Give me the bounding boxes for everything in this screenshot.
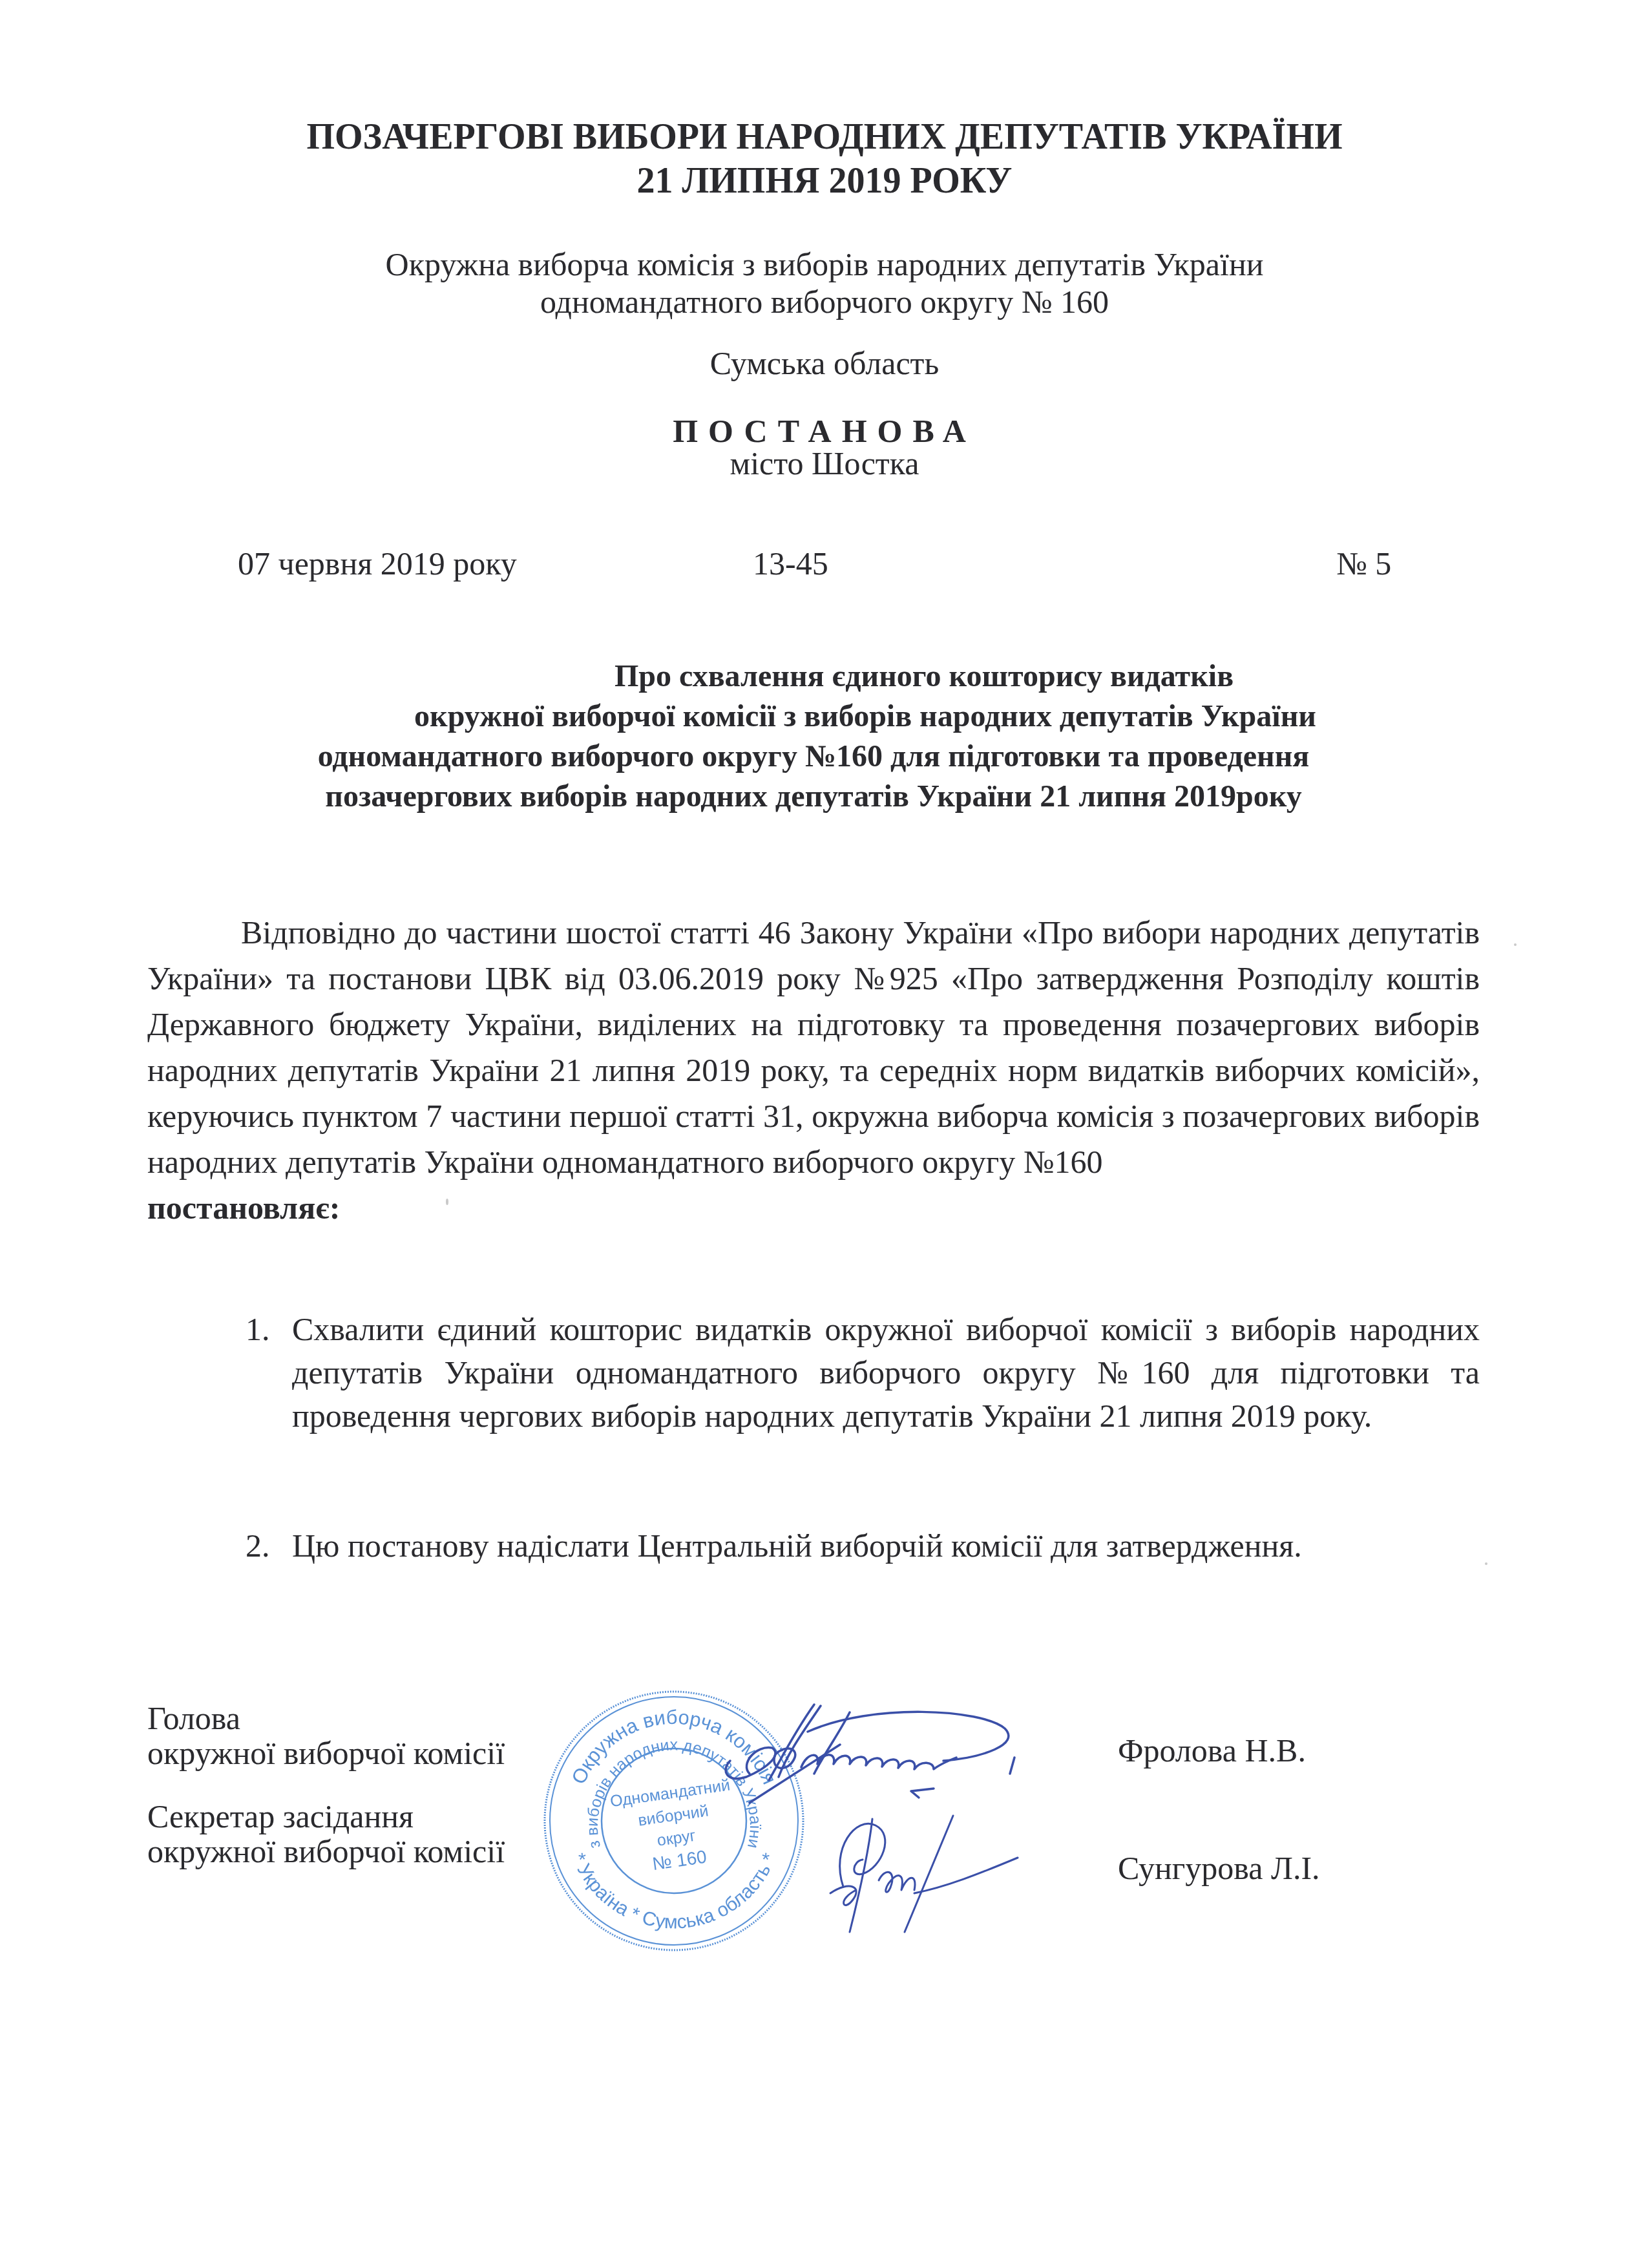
commission-name-line2: одномандатного виборчого округу № 160 — [0, 283, 1649, 320]
decree-title-line4: позачергових виборів народних депутатів … — [147, 777, 1480, 817]
resolution-item-1: 1. Схвалити єдиний кошторис видатків окр… — [246, 1308, 1480, 1438]
decree-title-line2: окружної виборчої комісії з виборів наро… — [147, 697, 1480, 737]
preamble-paragraph: Відповідно до частини шостої статті 46 З… — [147, 910, 1480, 1231]
item-text: Цю постанову надіслати Центральній вибор… — [292, 1524, 1480, 1568]
election-title-line2: 21 ЛИПНЯ 2019 РОКУ — [0, 159, 1649, 203]
region-name: Сумська область — [0, 344, 1649, 382]
document-date: 07 червня 2019 року — [238, 545, 517, 582]
chair-signature-icon — [711, 1693, 1047, 1809]
decree-title-line3: одномандатного виборчого округу №160 для… — [147, 737, 1480, 777]
scan-artifact — [1485, 1562, 1487, 1565]
scan-artifact — [1514, 943, 1517, 946]
item-text: Схвалити єдиний кошторис видатків окружн… — [292, 1308, 1480, 1438]
item-number: 2. — [246, 1524, 292, 1568]
chair-role-title: Голова — [147, 1701, 505, 1736]
preamble-text: Відповідно до частини шостої статті 46 З… — [147, 914, 1480, 1180]
commission-name-line1: Окружна виборча комісія з виборів народн… — [0, 246, 1649, 283]
chair-name: Фролова Н.В. — [1118, 1732, 1306, 1769]
resolution-item-2: 2. Цю постанову надіслати Центральній ви… — [246, 1524, 1480, 1568]
secretary-signature-icon — [824, 1809, 1056, 1938]
city-name: місто Шостка — [0, 445, 1649, 482]
scan-artifact — [446, 1199, 448, 1205]
decree-title-line1: Про схвалення єдиного кошторису видатків — [452, 656, 1396, 697]
signature-block-chair: Голова окружної виборчої комісії — [147, 1701, 505, 1770]
chair-role-subtitle: окружної виборчої комісії — [147, 1736, 505, 1770]
svg-text:виборчий: виборчий — [637, 1802, 710, 1830]
svg-text:округ: округ — [656, 1827, 697, 1850]
item-number: 1. — [246, 1308, 292, 1351]
document-number: № 5 — [1336, 545, 1391, 582]
svg-text:№ 160: № 160 — [651, 1847, 708, 1874]
election-title-line1: ПОЗАЧЕРГОВІ ВИБОРИ НАРОДНИХ ДЕПУТАТІВ УК… — [0, 115, 1649, 159]
signature-block-secretary: Секретар засідання окружної виборчої ком… — [147, 1799, 505, 1869]
document-time: 13-45 — [753, 545, 828, 582]
secretary-name: Сунгурова Л.І. — [1118, 1849, 1320, 1887]
resolves-label: постановляє: — [147, 1185, 1480, 1231]
secretary-role-subtitle: окружної виборчої комісії — [147, 1834, 505, 1869]
secretary-role-title: Секретар засідання — [147, 1799, 505, 1834]
